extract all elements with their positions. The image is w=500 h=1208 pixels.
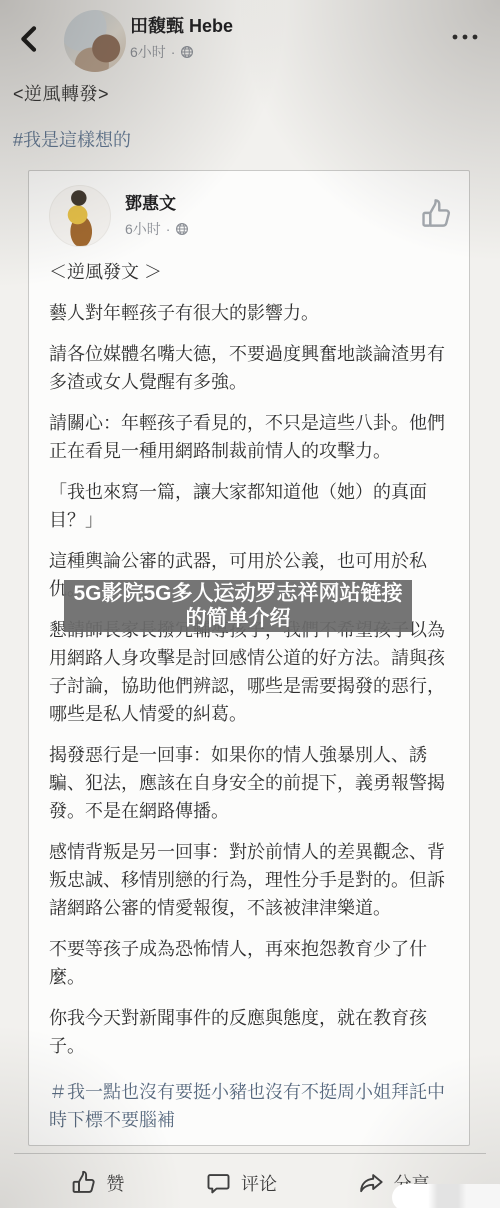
comment-label: 评论 bbox=[241, 1170, 277, 1196]
post-paragraph: 藝人對年輕孩子有很大的影響力。 bbox=[49, 299, 449, 327]
comment-icon bbox=[205, 1170, 232, 1197]
globe-icon bbox=[180, 45, 194, 59]
like-label: 赞 bbox=[106, 1170, 124, 1196]
watermark-overlay: 5G影院5G多人运动罗志祥网站链接 的简单介绍 bbox=[64, 580, 412, 632]
share-icon bbox=[358, 1170, 385, 1197]
timestamp: 6小时 bbox=[130, 42, 166, 62]
shared-post-header: 鄧惠文 6小时 · bbox=[49, 184, 449, 248]
outer-post-hashtag[interactable]: #我是這樣想的 bbox=[13, 126, 131, 152]
meta-separator: · bbox=[166, 221, 171, 237]
censor-blob bbox=[392, 1184, 500, 1208]
like-button[interactable]: 赞 bbox=[70, 1170, 124, 1197]
post-paragraph: 感情背叛是另一回事：對於前情人的差異觀念、背叛忠誠、移情別戀的行為，理性分手是對… bbox=[49, 838, 449, 922]
avatar-deng-huiwen[interactable] bbox=[49, 185, 111, 247]
watermark-line2: 的简单介绍 bbox=[66, 606, 410, 631]
post-paragraphs: ＜逆風發文 ＞藝人對年輕孩子有很大的影響力。請各位媒體名嘴大德，不要過度興奮地談… bbox=[49, 258, 449, 1060]
shared-post-card: 鄧惠文 6小时 · ＜逆風發文 ＞藝人對年輕孩子有很大的影響力。請各位媒體名嘴大… bbox=[28, 170, 470, 1146]
shared-post-meta: 6小时 · bbox=[125, 219, 189, 239]
post-paragraph: ＜逆風發文 ＞ bbox=[49, 258, 449, 286]
post-paragraph: 請各位媒體名嘴大德，不要過度興奮地談論渣男有多渣或女人覺醒有多強。 bbox=[49, 340, 449, 396]
meta-separator: · bbox=[171, 44, 176, 60]
shared-author-name[interactable]: 鄧惠文 bbox=[125, 193, 189, 215]
post-paragraph: 請關心：年輕孩子看見的，不只是這些八卦。他們正在看見一種用網路制裁前情人的攻擊力… bbox=[49, 409, 449, 465]
post-meta: 6小时 · bbox=[130, 42, 233, 62]
post-paragraph: 懇請師長家長撥冗輔導孩子，我們不希望孩子以為用網路人身攻擊是討回感情公道的好方法… bbox=[49, 616, 449, 728]
globe-icon bbox=[175, 222, 189, 236]
post-paragraph: 不要等孩子成為恐怖情人，再來抱怨教育少了什麼。 bbox=[49, 935, 449, 991]
post-paragraph: 你我今天對新聞事件的反應與態度，就在教育孩子。 bbox=[49, 1004, 449, 1060]
more-options-icon[interactable] bbox=[448, 26, 482, 48]
outer-post-intro: <逆風轉發> bbox=[13, 80, 109, 106]
action-bar-divider bbox=[14, 1153, 486, 1154]
back-icon[interactable] bbox=[14, 22, 44, 56]
thumbs-up-icon bbox=[70, 1170, 97, 1197]
shared-author-block: 鄧惠文 6小时 · bbox=[125, 193, 189, 239]
shared-timestamp: 6小时 bbox=[125, 219, 161, 239]
post-paragraph: 揭發惡行是一回事：如果你的情人強暴別人、誘騙、犯法，應該在自身安全的前提下，義勇… bbox=[49, 741, 449, 825]
watermark-line1: 5G影院5G多人运动罗志祥网站链接 bbox=[66, 581, 410, 606]
page-header: 田馥甄 Hebe 6小时 · bbox=[0, 6, 500, 76]
footer-hashtag[interactable]: ＃我一點也沒有要挺小豬也沒有不挺周小姐拜託中時下標不要腦補 bbox=[49, 1078, 449, 1134]
comment-button[interactable]: 评论 bbox=[205, 1170, 277, 1197]
thumbs-up-icon[interactable] bbox=[419, 198, 453, 232]
header-user-block: 田馥甄 Hebe 6小时 · bbox=[130, 14, 233, 62]
post-screen: 田馥甄 Hebe 6小时 · <逆風轉發> #我是這樣想的 鄧惠文 6小时 · bbox=[0, 0, 500, 1208]
user-name[interactable]: 田馥甄 Hebe bbox=[130, 14, 233, 38]
post-paragraph: 「我也來寫一篇，讓大家都知道他（她）的真面目？」 bbox=[49, 478, 449, 534]
avatar-hebe[interactable] bbox=[64, 10, 126, 72]
